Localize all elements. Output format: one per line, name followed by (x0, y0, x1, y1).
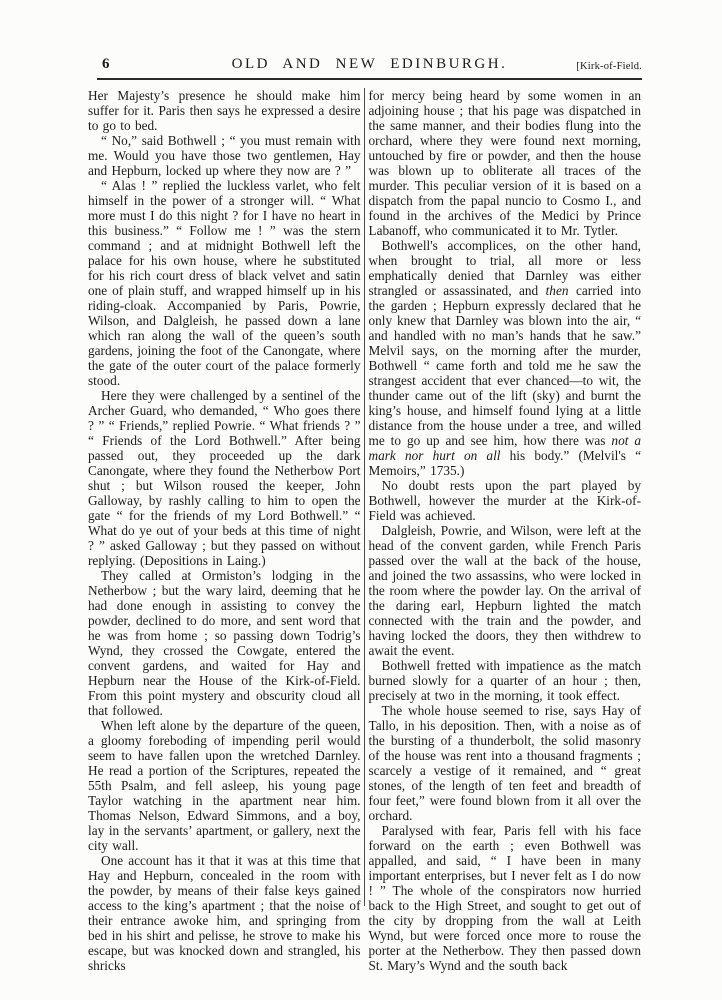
paragraph: No doubt rests upon the part played by B… (369, 478, 642, 523)
paragraph: Her Majesty’s presence he should make hi… (88, 88, 361, 133)
paragraph: One account has it that it was at this t… (88, 853, 361, 973)
text-column-left: Her Majesty’s presence he should make hi… (88, 88, 361, 973)
running-head: [Kirk-of-Field. (576, 61, 642, 72)
text-columns: Her Majesty’s presence he should make hi… (88, 88, 641, 973)
paragraph: for mercy being heard by some women in a… (369, 88, 642, 238)
header-rule (97, 78, 642, 80)
page-header: 6 OLD AND NEW EDINBURGH. [Kirk-of-Field. (97, 54, 642, 76)
text-column-right: for mercy being heard by some women in a… (369, 88, 642, 973)
paragraph: Bothwell's accomplices, on the other han… (369, 238, 642, 478)
paragraph: “ Alas ! ” replied the luckless varlet, … (88, 178, 361, 388)
paragraph: When left alone by the departure of the … (88, 718, 361, 853)
paragraph: “ No,” said Bothwell ; “ you must remain… (88, 133, 361, 178)
paragraph: Bothwell fretted with impatience as the … (369, 658, 642, 703)
paragraph: Paralysed with fear, Paris fell with his… (369, 823, 642, 973)
paragraph: The whole house seemed to rise, says Hay… (369, 703, 642, 823)
paragraph: Here they were challenged by a sentinel … (88, 388, 361, 568)
book-page: 6 OLD AND NEW EDINBURGH. [Kirk-of-Field.… (0, 0, 722, 1000)
paragraph: Dalgleish, Powrie, and Wilson, were left… (369, 523, 642, 658)
paragraph: They called at Ormiston’s lodging in the… (88, 568, 361, 718)
page-title: OLD AND NEW EDINBURGH. (97, 56, 642, 73)
column-divider (364, 88, 365, 906)
